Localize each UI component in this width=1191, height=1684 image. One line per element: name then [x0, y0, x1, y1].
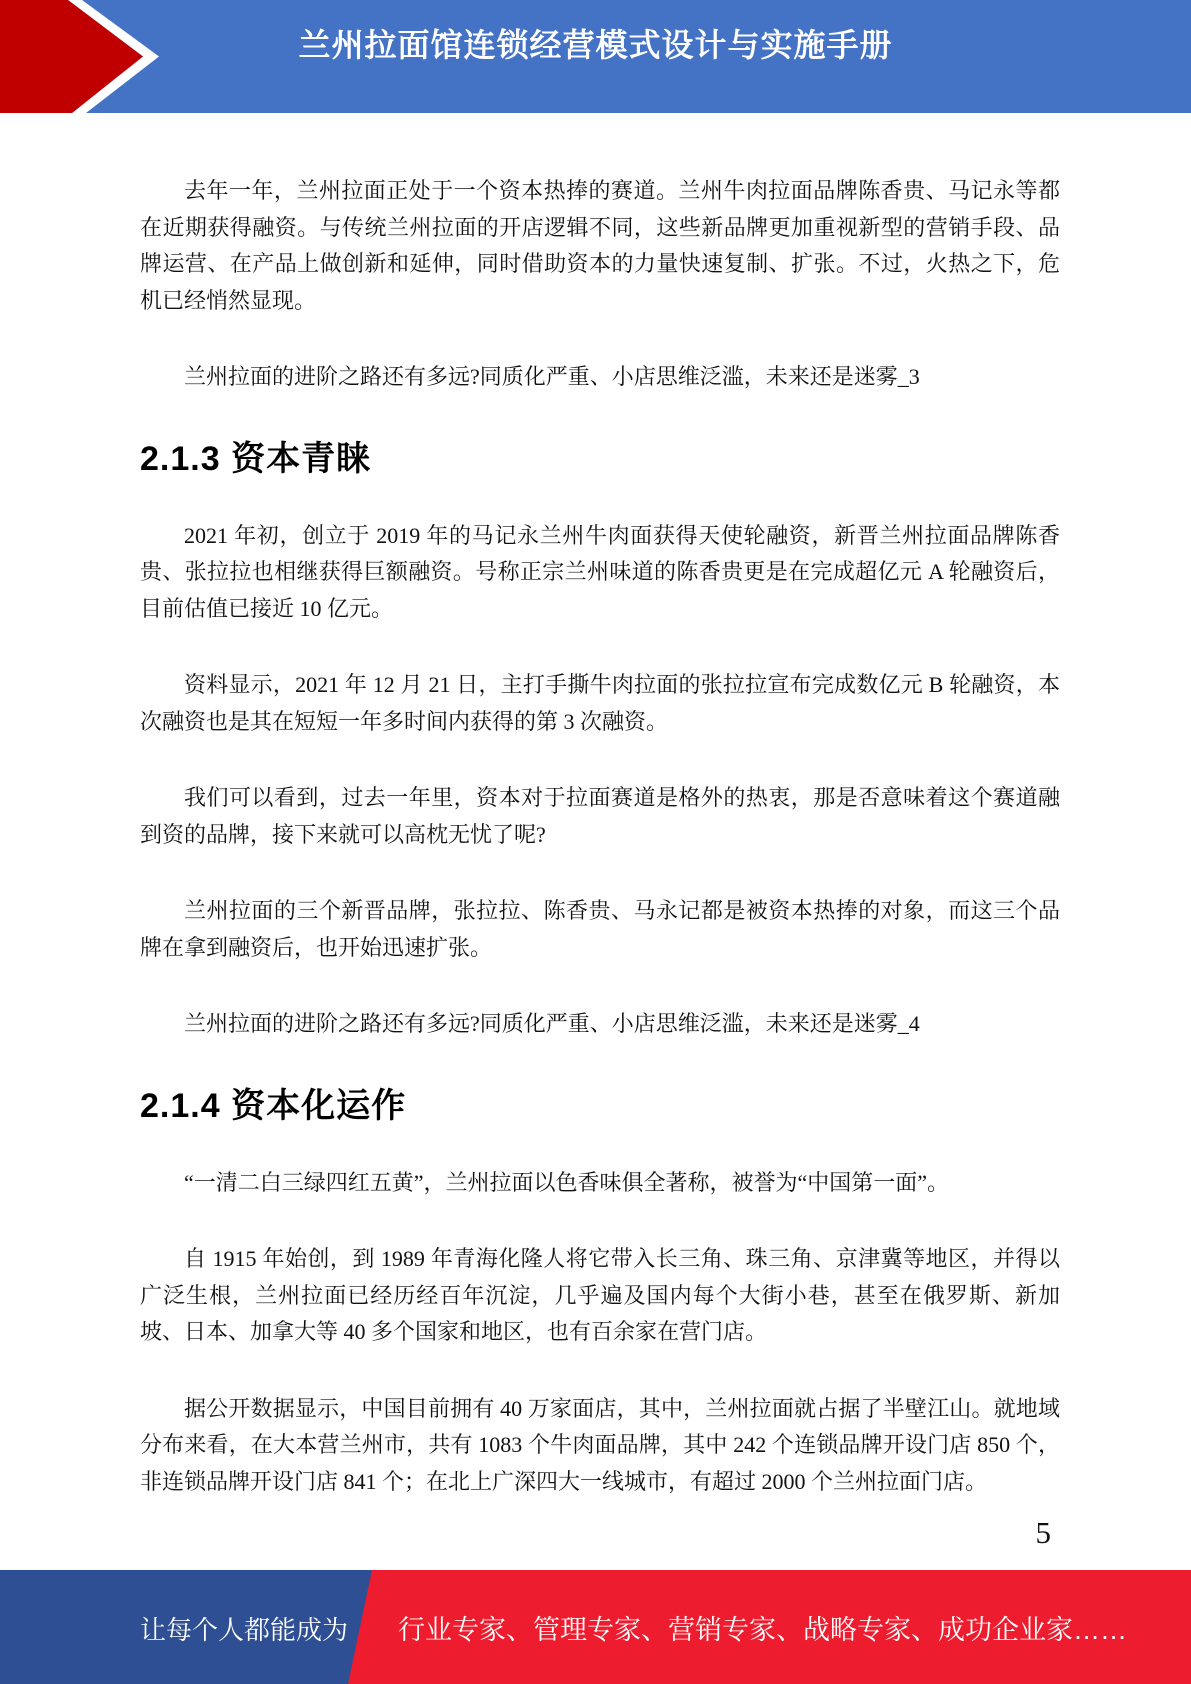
body-paragraph: 去年一年，兰州拉面正处于一个资本热捧的赛道。兰州牛肉拉面品牌陈香贵、马记永等都在… — [140, 173, 1060, 319]
body-paragraph: 兰州拉面的进阶之路还有多远?同质化严重、小店思维泛滥，未来还是迷雾_4 — [140, 1006, 1060, 1043]
body-paragraph: 2021 年初，创立于 2019 年的马记永兰州牛肉面获得天使轮融资，新晋兰州拉… — [140, 518, 1060, 628]
body-paragraph: 兰州拉面的三个新晋品牌，张拉拉、陈香贵、马永记都是被资本热捧的对象，而这三个品牌… — [140, 893, 1060, 966]
page-footer: 让每个人都能成为 行业专家、管理专家、营销专家、战略专家、成功企业家…… — [0, 1570, 1191, 1684]
section-heading-2-1-3: 2.1.3 资本青睐 — [140, 436, 1060, 482]
body-paragraph: 兰州拉面的进阶之路还有多远?同质化严重、小店思维泛滥，未来还是迷雾_3 — [140, 359, 1060, 396]
body-paragraph: 资料显示，2021 年 12 月 21 日，主打手撕牛肉拉面的张拉拉宣布完成数亿… — [140, 667, 1060, 740]
page-header: 兰州拉面馆连锁经营模式设计与实施手册 — [0, 0, 1191, 113]
body-paragraph: 据公开数据显示，中国目前拥有 40 万家面店，其中，兰州拉面就占据了半壁江山。就… — [140, 1391, 1060, 1501]
body-paragraph: 自 1915 年始创，到 1989 年青海化隆人将它带入长三角、珠三角、京津冀等… — [140, 1241, 1060, 1351]
body-paragraph: “一清二白三绿四红五黄”，兰州拉面以色香味俱全著称，被誉为“中国第一面”。 — [140, 1165, 1060, 1202]
footer-slogan-left: 让每个人都能成为 — [140, 1616, 348, 1644]
document-body: 去年一年，兰州拉面正处于一个资本热捧的赛道。兰州牛肉拉面品牌陈香贵、马记永等都在… — [140, 113, 1060, 1540]
section-heading-2-1-4: 2.1.4 资本化运作 — [140, 1083, 1060, 1129]
body-paragraph: 我们可以看到，过去一年里，资本对于拉面赛道是格外的热衷，那是否意味着这个赛道融到… — [140, 780, 1060, 853]
footer-slogan-right: 行业专家、管理专家、营销专家、战略专家、成功企业家…… — [398, 1615, 1127, 1645]
page-number: 5 — [1036, 1513, 1052, 1553]
page-title: 兰州拉面馆连锁经营模式设计与实施手册 — [0, 24, 1191, 66]
document-page: 兰州拉面馆连锁经营模式设计与实施手册 去年一年，兰州拉面正处于一个资本热捧的赛道… — [0, 0, 1191, 1684]
